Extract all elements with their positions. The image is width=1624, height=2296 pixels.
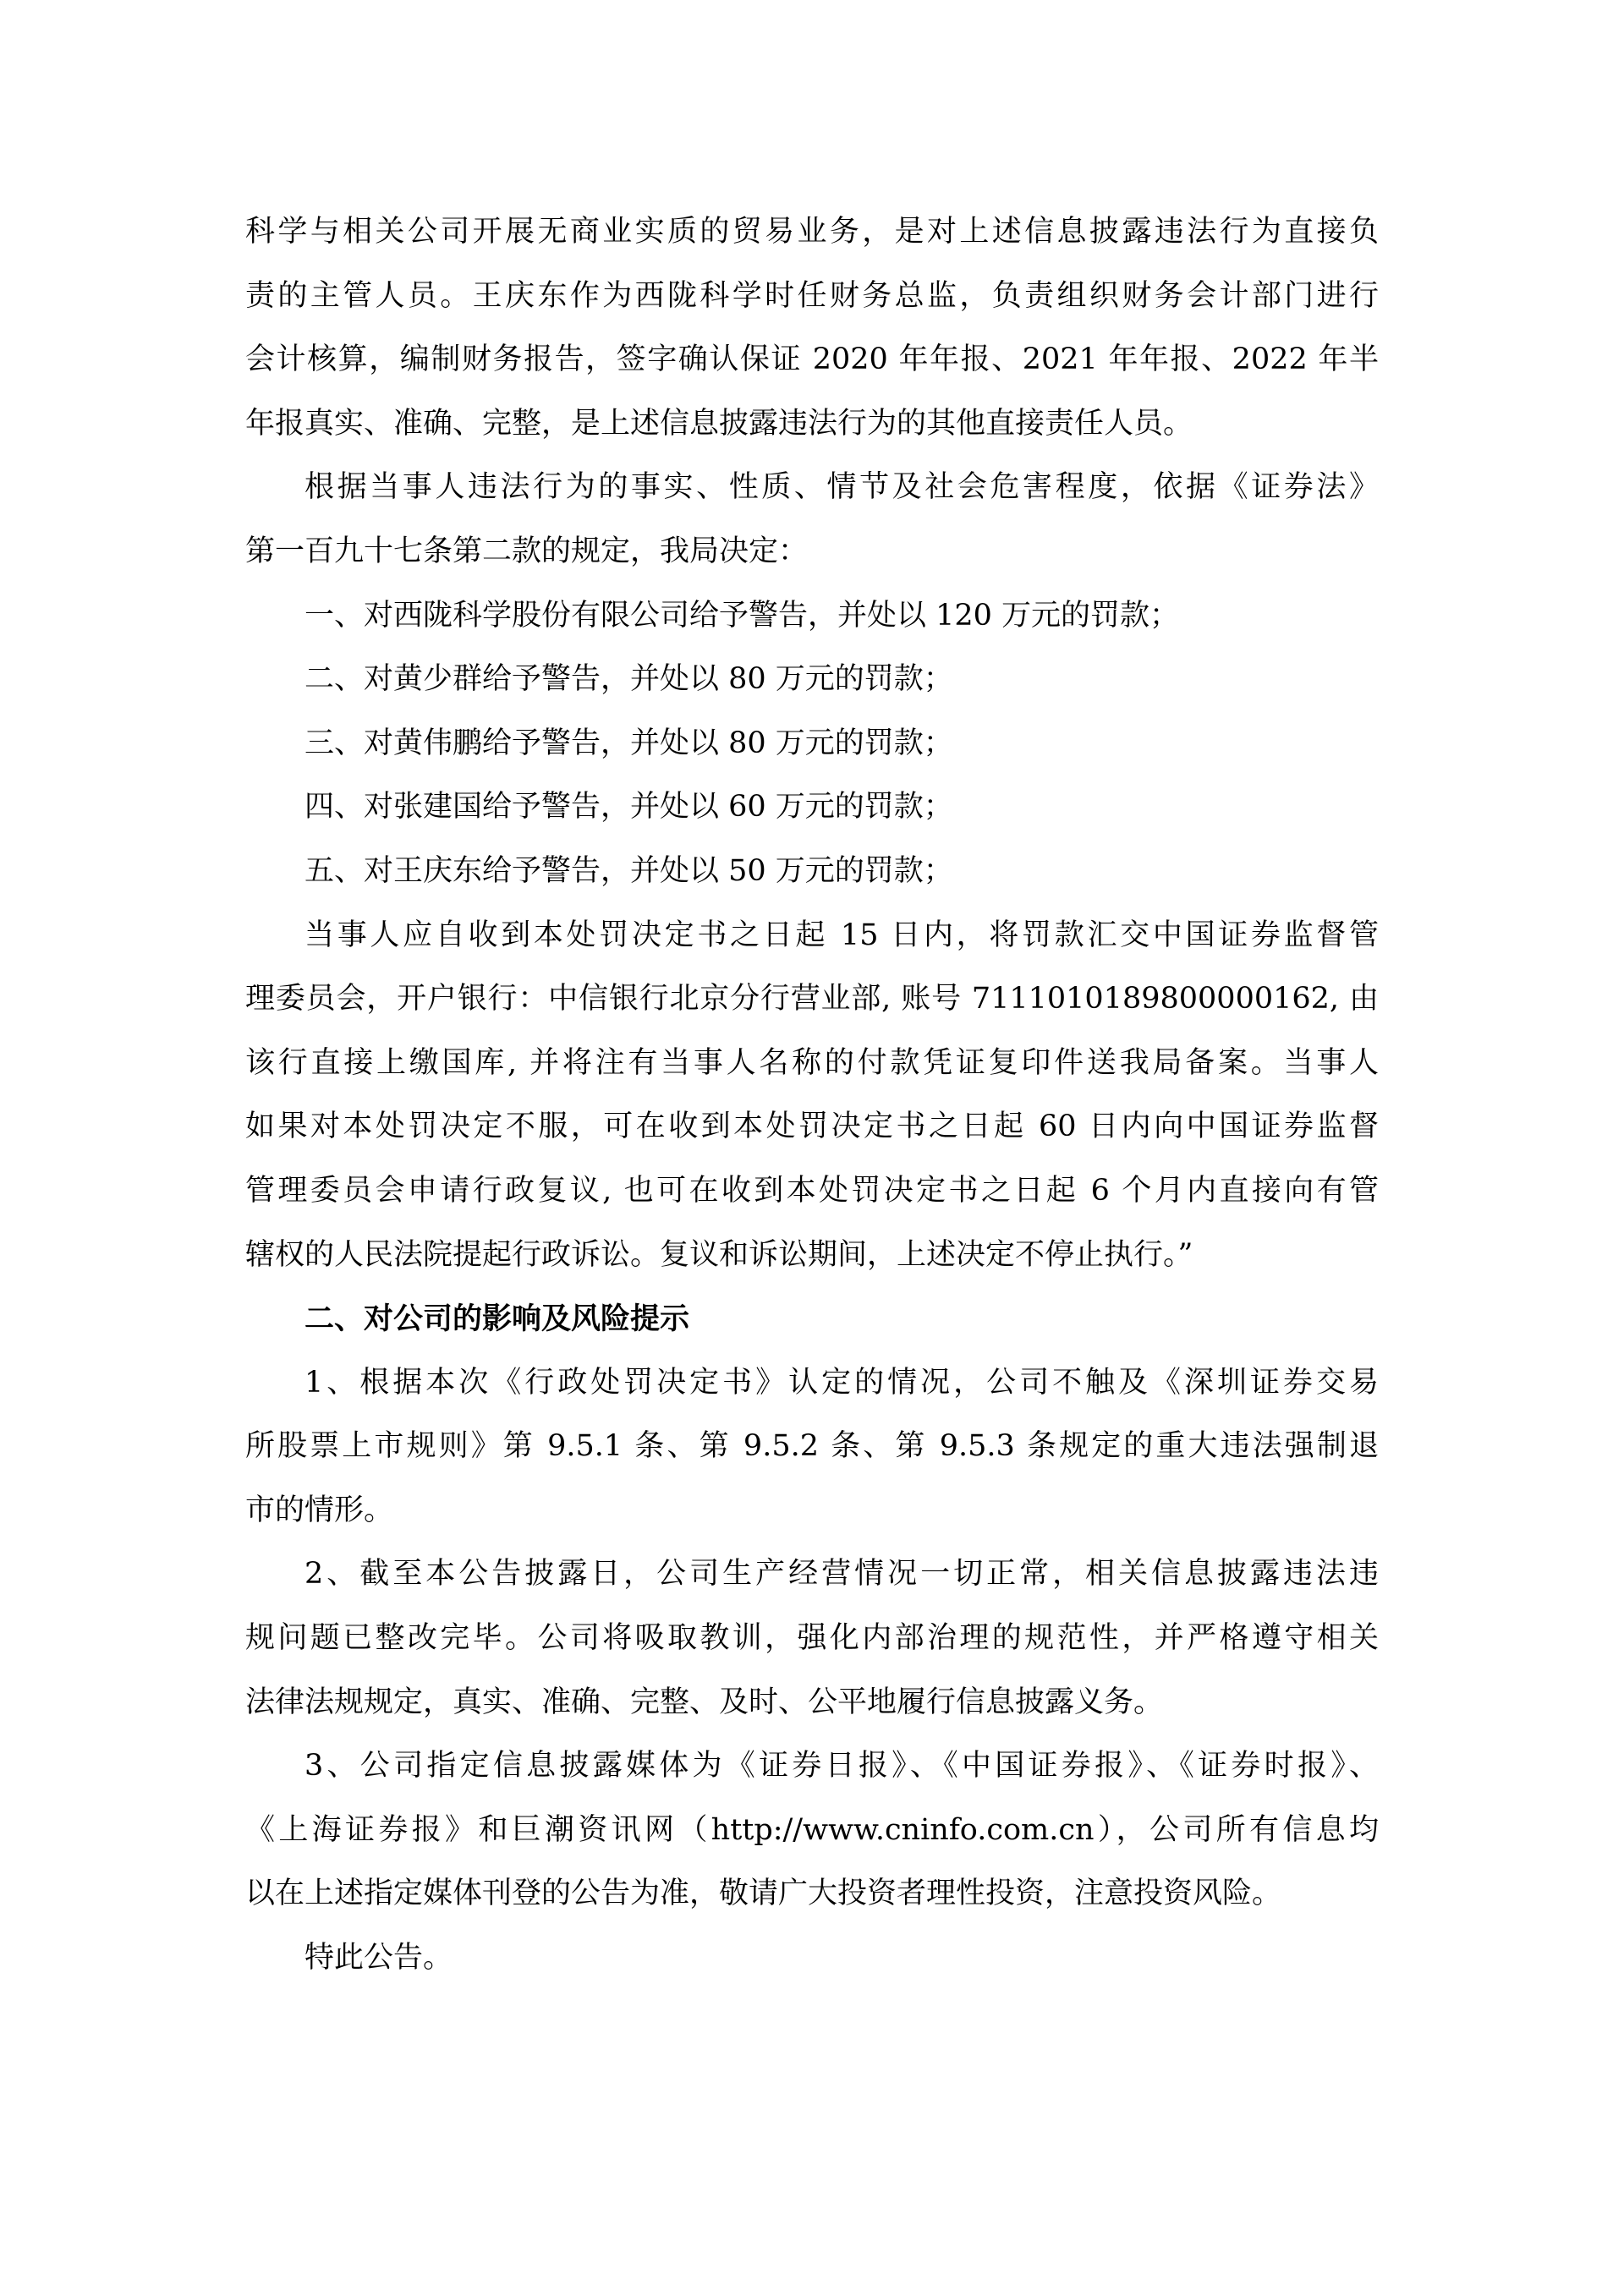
document-line: 二、对黄少群给予警告，并处以 80 万元的罚款； (245, 648, 1379, 712)
document-line: 当事人应自收到本处罚决定书之日起 15 日内，将罚款汇交中国证券监督管 (245, 904, 1379, 968)
announcement-text-block: 科学与相关公司开展无商业实质的贸易业务，是对上述信息披露违法行为直接负责的主管人… (245, 200, 1379, 1991)
document-line: 一、对西陇科学股份有限公司给予警告，并处以 120 万元的罚款； (245, 584, 1379, 649)
document-line: 根据当事人违法行为的事实、性质、情节及社会危害程度，依据《证券法》 (245, 456, 1379, 520)
document-line: 辖权的人民法院提起行政诉讼。复议和诉讼期间，上述决定不停止执行。” (245, 1224, 1379, 1288)
document-line: 1、根据本次《行政处罚决定书》认定的情况，公司不触及《深圳证券交易 (245, 1351, 1379, 1416)
document-line: 第一百九十七条第二款的规定，我局决定： (245, 520, 1379, 584)
document-line: 科学与相关公司开展无商业实质的贸易业务，是对上述信息披露违法行为直接负 (245, 200, 1379, 265)
document-line: 所股票上市规则》第 9.5.1 条、第 9.5.2 条、第 9.5.3 条规定的… (245, 1415, 1379, 1479)
document-line: 三、对黄伟鹏给予警告，并处以 80 万元的罚款； (245, 712, 1379, 776)
document-line: 2、截至本公告披露日，公司生产经营情况一切正常，相关信息披露违法违 (245, 1543, 1379, 1607)
document-line: 管理委员会申请行政复议, 也可在收到本处罚决定书之日起 6 个月内直接向有管 (245, 1159, 1379, 1224)
document-line: 该行直接上缴国库, 并将注有当事人名称的付款凭证复印件送我局备案。当事人 (245, 1032, 1379, 1096)
document-line: 《上海证券报》和巨潮资讯网（http://www.cninfo.com.cn），… (245, 1799, 1379, 1863)
document-line: 特此公告。 (245, 1926, 1379, 1991)
document-line: 法律法规规定，真实、准确、完整、及时、公平地履行信息披露义务。 (245, 1671, 1379, 1735)
section-heading: 二、对公司的影响及风险提示 (245, 1287, 1379, 1351)
document-line: 四、对张建国给予警告，并处以 60 万元的罚款； (245, 775, 1379, 840)
document-line: 理委员会，开户银行：中信银行北京分行营业部, 账号 71110101898000… (245, 967, 1379, 1032)
document-line: 年报真实、准确、完整，是上述信息披露违法行为的其他直接责任人员。 (245, 392, 1379, 457)
document-line: 规问题已整改完毕。公司将吸取教训，强化内部治理的规范性，并严格遵守相关 (245, 1607, 1379, 1671)
document-line: 以在上述指定媒体刊登的公告为准，敬请广大投资者理性投资，注意投资风险。 (245, 1862, 1379, 1926)
document-line: 如果对本处罚决定不服，可在收到本处罚决定书之日起 60 日内向中国证券监督 (245, 1095, 1379, 1159)
document-line: 责的主管人员。王庆东作为西陇科学时任财务总监，负责组织财务会计部门进行 (245, 265, 1379, 329)
document-line: 会计核算，编制财务报告，签字确认保证 2020 年年报、2021 年年报、202… (245, 328, 1379, 392)
document-line: 五、对王庆东给予警告，并处以 50 万元的罚款； (245, 840, 1379, 904)
document-page: 科学与相关公司开展无商业实质的贸易业务，是对上述信息披露违法行为直接负责的主管人… (0, 0, 1624, 2296)
document-line: 市的情形。 (245, 1479, 1379, 1543)
document-line: 3、公司指定信息披露媒体为《证券日报》、《中国证券报》、《证券时报》、 (245, 1734, 1379, 1799)
